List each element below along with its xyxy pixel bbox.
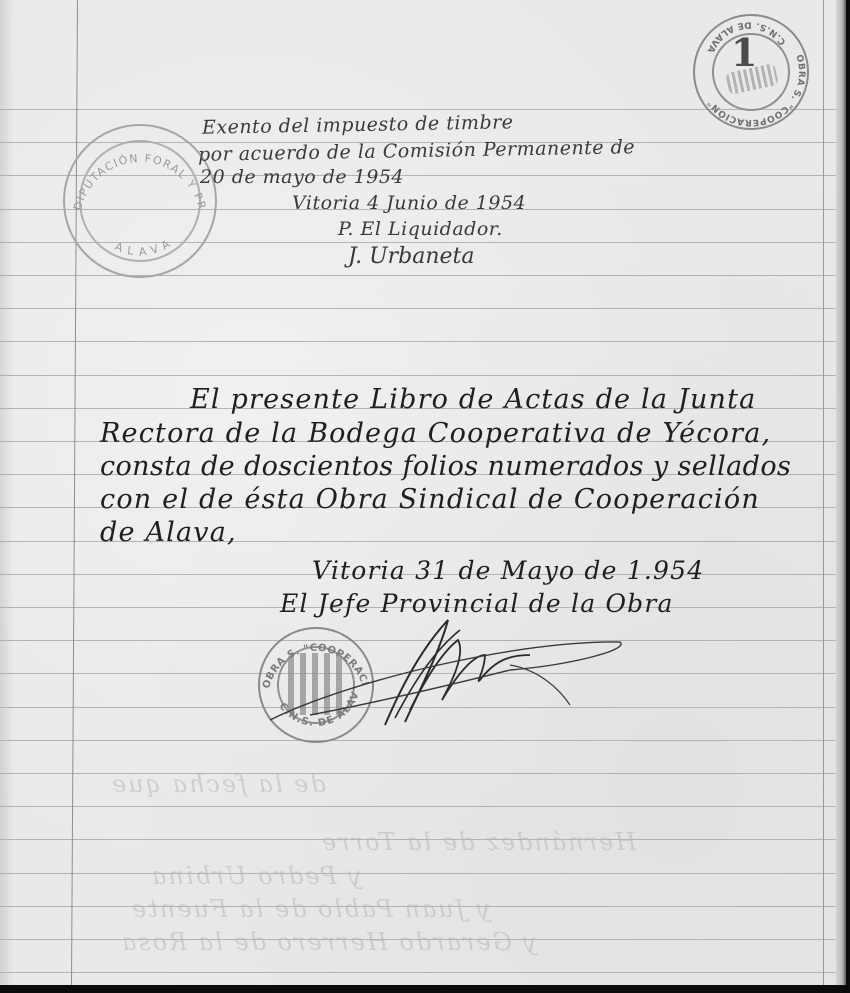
ruled-line [0, 308, 836, 309]
certification-line: Rectora de la Bodega Cooperativa de Yéco… [100, 418, 771, 449]
ruled-line [0, 873, 836, 874]
bleed-through-text: y Gerardo Herrero de la Rosa [120, 928, 537, 956]
ledger-page: de la fecha que Hernández de la Torre y … [0, 0, 846, 985]
ruled-line [0, 972, 836, 973]
ruled-line [0, 740, 836, 741]
provincial-chief-signature [270, 610, 630, 740]
certification-line: de Alava, [100, 517, 237, 548]
exemption-signature: J. Urbaneta [348, 244, 475, 269]
binding-shadow [0, 0, 14, 985]
certification-line: consta de doscientos folios numerados y … [100, 451, 791, 482]
exemption-note-line: por acuerdo de la Comisión Permanente de [198, 136, 635, 166]
bleed-through-text: y Pedro Urbina [150, 862, 362, 890]
cooperacion-stamp-numbered: 1 OBRA S. "COOPERACIÓN" C.N.S. DE ALAVA [693, 14, 809, 130]
certification-line: El presente Libro de Actas de la Junta [190, 384, 756, 415]
certification-line: con el de ésta Obra Sindical de Cooperac… [100, 484, 760, 515]
bleed-through-text: Hernández de la Torre [320, 828, 636, 856]
ruled-line [0, 375, 836, 376]
bleed-through-text: y Juan Pablo de la Fuente [130, 895, 491, 923]
page-edge [836, 0, 846, 985]
svg-text:DIPUTACIÓN FORAL Y PROVINCIAL: DIPUTACIÓN FORAL Y PROVINCIAL [65, 126, 209, 212]
ruled-line [0, 806, 836, 807]
exemption-note-line: 20 de mayo de 1954 [200, 166, 404, 188]
ruled-line [0, 341, 836, 342]
stamp-ring-text: DIPUTACIÓN FORAL Y PROVINCIAL ALAVA [65, 126, 215, 276]
svg-text:OBRA S. "COOPERACIÓN": OBRA S. "COOPERACIÓN" [701, 53, 822, 142]
exemption-place-date: Vitoria 4 Junio de 1954 [292, 192, 526, 214]
exemption-signatory-title: P. El Liquidador. [338, 218, 503, 240]
exemption-note-line: Exento del impuesto de timbre [202, 111, 514, 138]
certification-place-date: Vitoria 31 de Mayo de 1.954 [312, 556, 704, 585]
stamp-ring-text: OBRA S. "COOPERACIÓN" C.N.S. DE ALAVA [679, 0, 823, 144]
svg-text:C.N.S. DE ALAVA: C.N.S. DE ALAVA [698, 6, 789, 71]
svg-text:ALAVA: ALAVA [113, 234, 177, 258]
bleed-through-text: de la fecha que [110, 770, 326, 798]
diputacion-stamp: DIPUTACIÓN FORAL Y PROVINCIAL ALAVA [63, 124, 217, 278]
right-margin-line [823, 0, 824, 985]
